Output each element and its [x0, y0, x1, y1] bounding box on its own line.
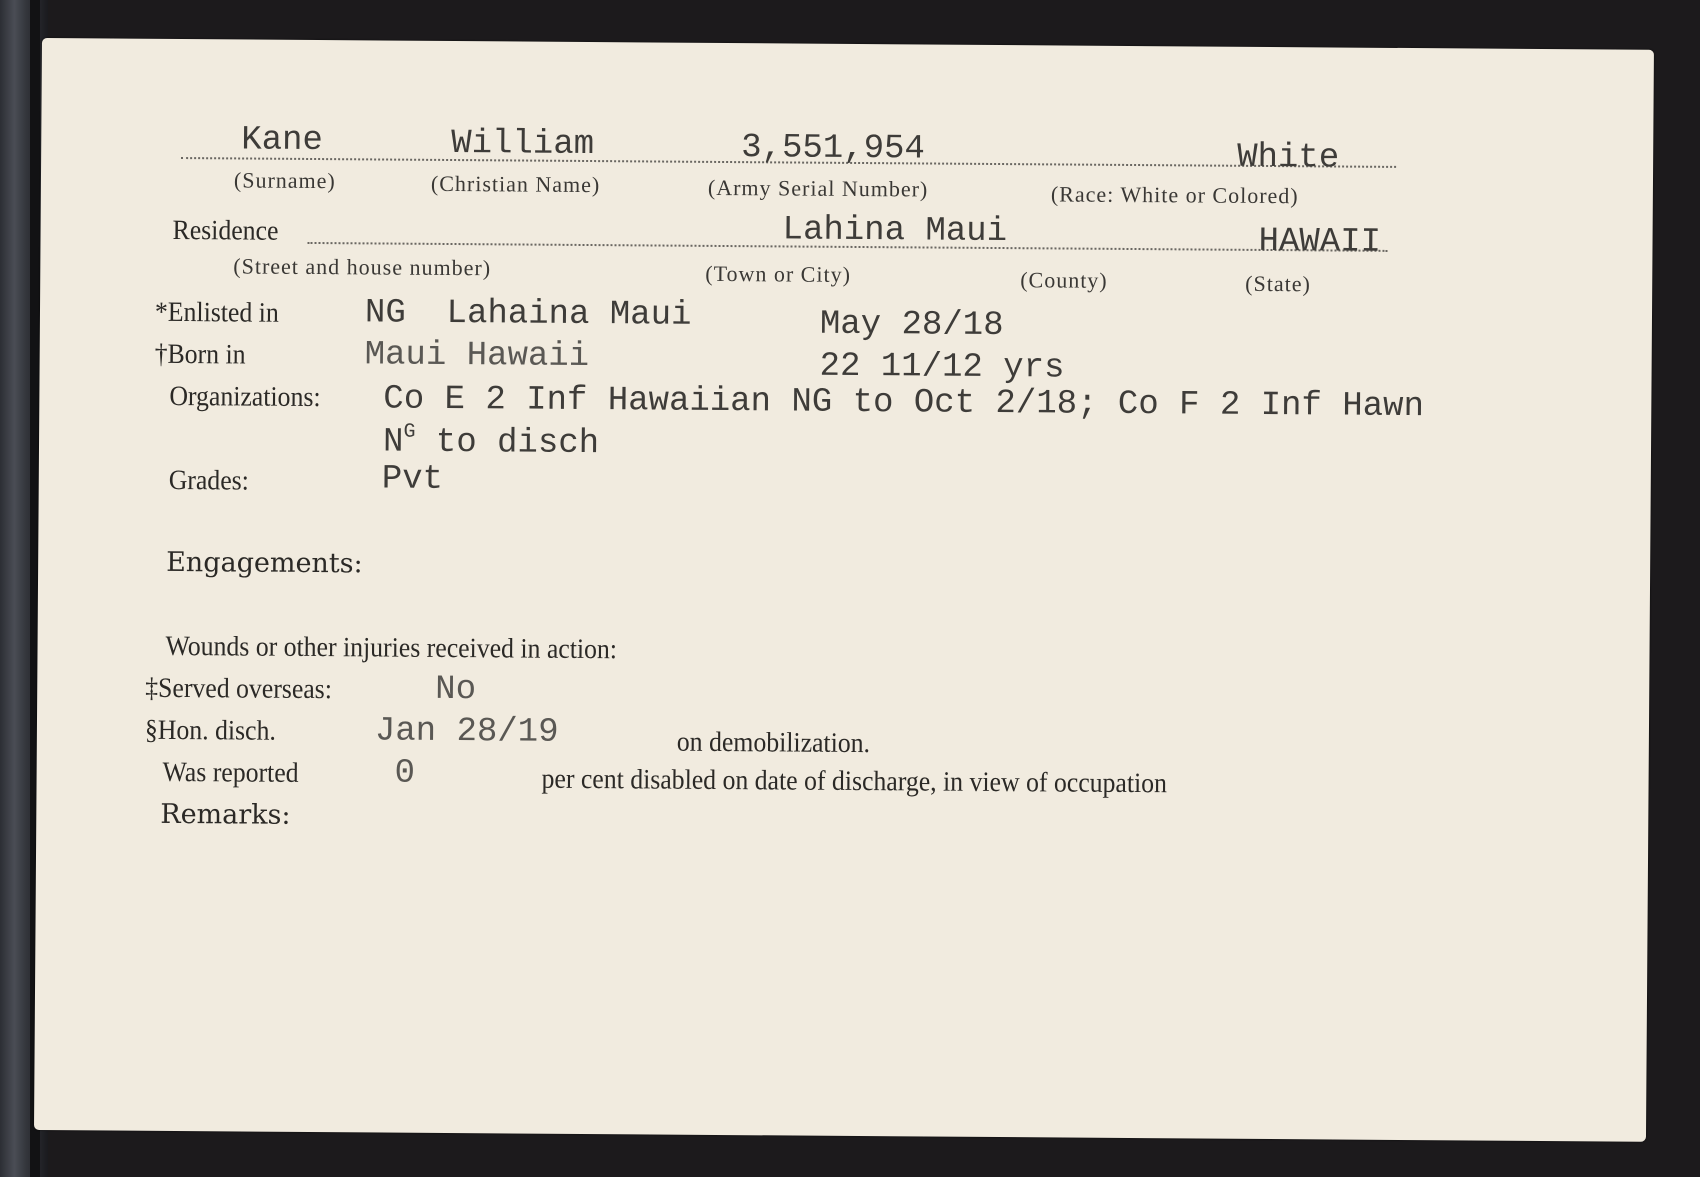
residence-label: Residence	[172, 215, 278, 248]
enlisted-place-value: NG Lahaina Maui	[365, 294, 692, 334]
hon-disch-label: §Hon. disch.	[145, 715, 276, 748]
hon-disch-date: Jan 28/19	[375, 712, 559, 751]
hon-disch-suffix: on demobilization.	[677, 727, 870, 760]
organizations-line2-sup: G	[403, 421, 415, 444]
engagements-label: Engagements:	[166, 547, 363, 579]
grades-label: Grades:	[169, 465, 249, 498]
surname-value: Kane	[241, 121, 323, 160]
disability-label: Was reported	[162, 757, 298, 790]
county-caption: (County)	[1020, 267, 1108, 294]
served-overseas-value: No	[435, 671, 476, 709]
wounds-label: Wounds or other injuries received in act…	[165, 631, 617, 666]
service-record-card: Kane William 3,551,954 White (Surname) (…	[34, 38, 1654, 1142]
surname-caption: (Surname)	[234, 167, 336, 194]
born-label: †Born in	[155, 339, 246, 372]
organizations-line2-rest: to disch	[415, 424, 599, 463]
age-value: 22 11/12 yrs	[819, 348, 1064, 388]
organizations-line2: NG to disch	[383, 421, 599, 464]
enlisted-date-value: May 28/18	[820, 306, 1004, 345]
enlisted-label: *Enlisted in	[155, 297, 279, 330]
army-serial-number-caption: (Army Serial Number)	[708, 175, 929, 203]
remarks-label: Remarks:	[160, 799, 290, 831]
disability-value: 0	[394, 755, 415, 793]
served-overseas-label: ‡Served overseas:	[145, 673, 332, 706]
race-value: White	[1237, 139, 1339, 178]
race-caption: (Race: White or Colored)	[1051, 181, 1299, 209]
organizations-label: Organizations:	[169, 381, 320, 414]
disability-suffix: per cent disabled on date of discharge, …	[541, 764, 1167, 801]
army-serial-number-value: 3,551,954	[741, 129, 925, 168]
organizations-line2-prefix: N	[383, 424, 404, 462]
residence-town-value: Lahina Maui	[782, 211, 1007, 251]
residence-state-value: HAWAII	[1258, 223, 1381, 262]
state-caption: (State)	[1245, 271, 1311, 297]
christian-name-caption: (Christian Name)	[431, 171, 601, 198]
born-place-value: Maui Hawaii	[365, 336, 590, 376]
town-caption: (Town or City)	[705, 261, 851, 288]
grades-value: Pvt	[382, 461, 443, 499]
christian-name-value: William	[451, 125, 594, 164]
street-caption: (Street and house number)	[233, 253, 491, 281]
organizations-line1: Co E 2 Inf Hawaiian NG to Oct 2/18; Co F…	[383, 381, 1424, 427]
